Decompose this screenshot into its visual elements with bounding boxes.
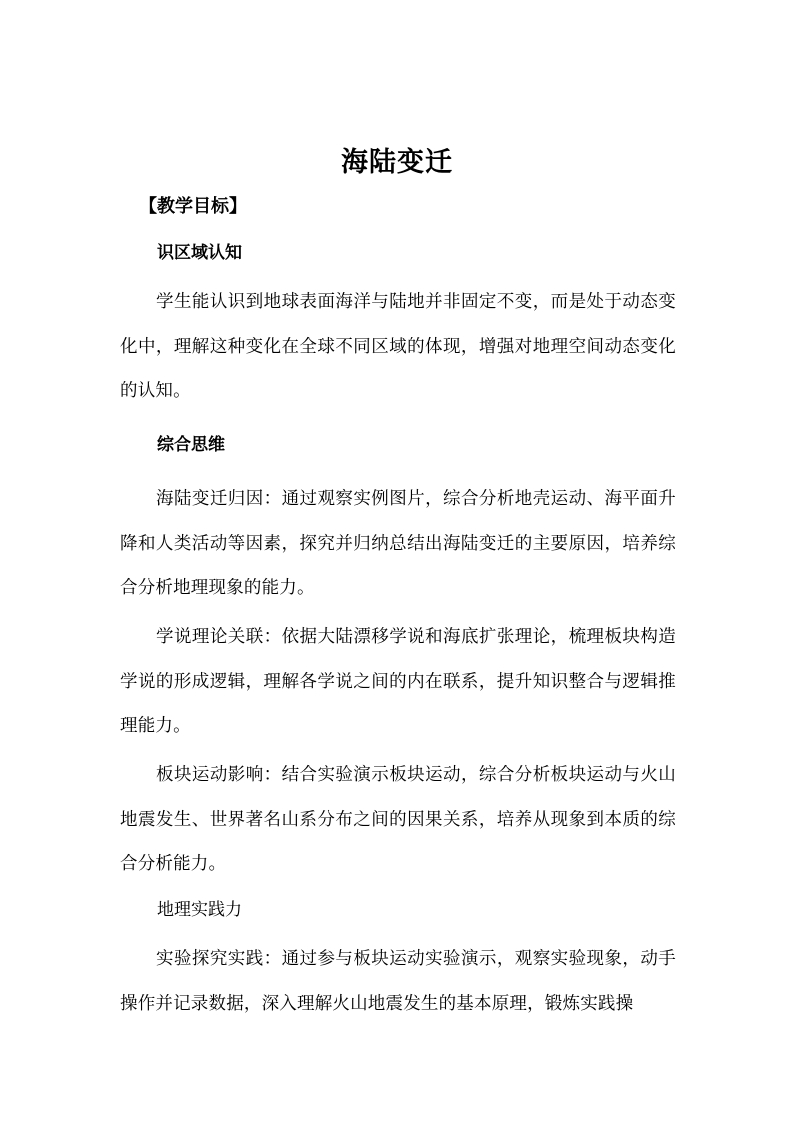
- paragraph-land-sea-change-causes: 海陆变迁归因：通过观察实例图片，综合分析地壳运动、海平面升降和人类活动等因素，探…: [120, 477, 676, 611]
- heading-geographic-practice: 地理实践力: [157, 898, 242, 922]
- heading-comprehensive-thinking: 综合思维: [157, 433, 225, 457]
- paragraph-plate-movement-effects: 板块运动影响：结合实验演示板块运动，综合分析板块运动与火山地震发生、世界著名山系…: [120, 753, 676, 887]
- paragraph-experiment-practice: 实验探究实践：通过参与板块运动实验演示，观察实验现象，动手操作并记录数据，深入理…: [120, 937, 676, 1026]
- paragraph-regional-cognition: 学生能认识到地球表面海洋与陆地并非固定不变，而是处于动态变化中，理解这种变化在全…: [120, 280, 676, 414]
- heading-regional-cognition: 识区域认知: [157, 241, 242, 265]
- document-title: 海陆变迁: [0, 145, 794, 181]
- document-page: 海陆变迁 【教学目标】 识区域认知 学生能认识到地球表面海洋与陆地并非固定不变，…: [0, 0, 794, 1123]
- paragraph-theory-connections: 学说理论关联：依据大陆漂移学说和海底扩张理论，梳理板块构造学说的形成逻辑，理解各…: [120, 615, 676, 749]
- section-label-teaching-goals: 【教学目标】: [139, 195, 247, 219]
